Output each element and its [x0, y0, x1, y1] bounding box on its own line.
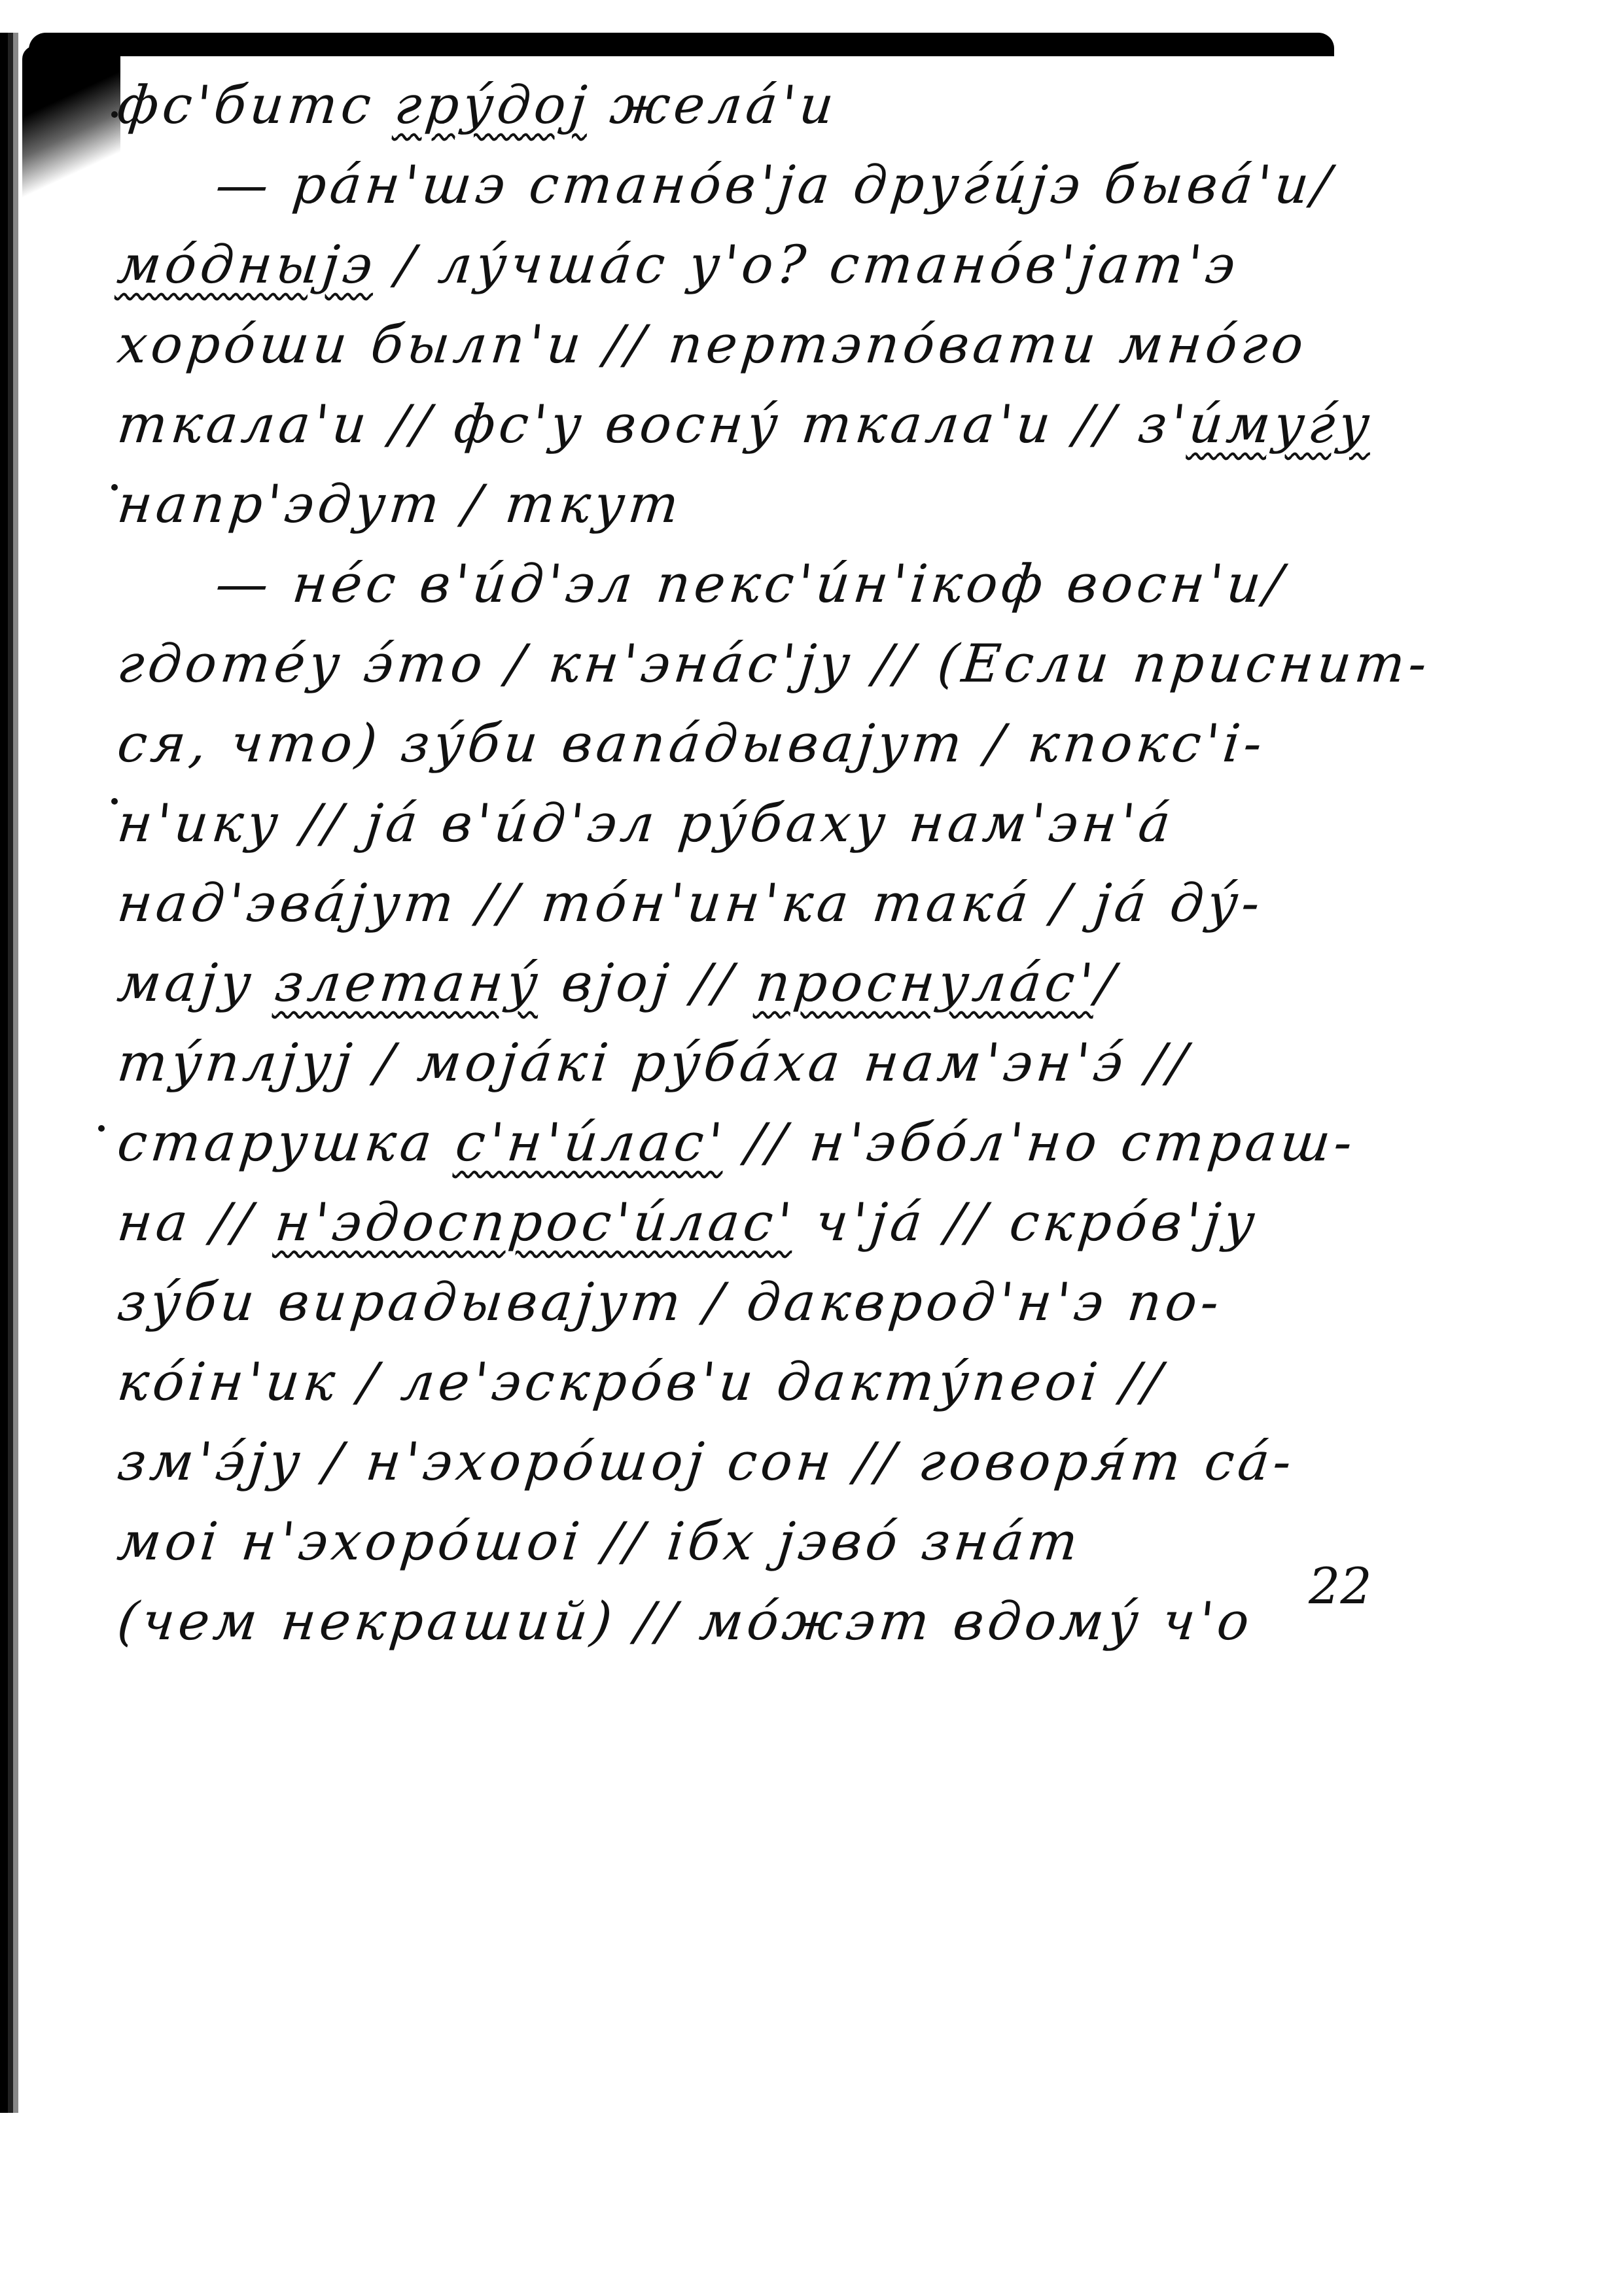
- page-number: 22: [1309, 1557, 1372, 1615]
- page-top-border: [29, 33, 1334, 56]
- manuscript-line-20: (чем некраший) // мо́жэт вдому́ ч'о: [114, 1582, 1385, 1661]
- margin-mark: [111, 798, 118, 805]
- manuscript-line-18: зм'э́ју / н'эхоро́шој сон // говоря́т са…: [114, 1422, 1385, 1502]
- margin-mark: [98, 1125, 105, 1132]
- manuscript-line-9: ся, что) зу́би вапа́дывајут / кпокс'і-: [114, 704, 1385, 784]
- manuscript-line-16: зу́би вирадывајут / дакврод'н'э по-: [114, 1262, 1385, 1342]
- manuscript-line-6: напр'эдут / ткут: [114, 464, 1385, 544]
- manuscript-line-4: хоро́ши былп'и // пертэпо́вати мно́го: [114, 305, 1385, 385]
- underlined-word: гру́дој: [392, 75, 593, 135]
- manuscript-line-11: над'эва́јут // то́н'ин'ка такá / ја́ ду́…: [114, 863, 1385, 943]
- underlined-word: с'н'и́лас': [453, 1112, 729, 1173]
- margin-mark: [111, 484, 118, 491]
- underlined-word: и́муѓу: [1186, 394, 1377, 455]
- underlined-word: злетану́: [272, 952, 544, 1013]
- scan-top-left-corner-shadow: [22, 46, 120, 203]
- scanned-manuscript-page: фс'битс гру́дој жела́'и — ра́н'шэ стано́…: [0, 0, 1607, 2296]
- manuscript-line-12: маjу злетану́ вјој // проснула́с'/: [114, 943, 1385, 1023]
- handwritten-text-body: фс'битс гру́дој жела́'и — ра́н'шэ стано́…: [118, 65, 1381, 1661]
- manuscript-line-8: гдоте́у э́то / кн'эна́с'ју // (Если прис…: [114, 624, 1385, 704]
- underlined-word: проснула́с': [753, 952, 1100, 1013]
- underlined-word: мо́дныјэ: [115, 234, 379, 295]
- manuscript-line-10: н'ику // ја́ в'и́д'эл ру́баху нам'эн'а́: [114, 784, 1385, 863]
- manuscript-line-13: ту́плјуј / мојáкі ру́бáха нам'эн'э́ //: [114, 1023, 1385, 1103]
- manuscript-line-19: моі н'эхоро́шоі // ібх јэво́ зна́т: [114, 1502, 1385, 1582]
- underlined-word: н'эдоспрос'и́лас': [272, 1192, 798, 1253]
- manuscript-line-14: старушка с'н'и́лас' // н'эбо́л'но страш-: [114, 1103, 1385, 1183]
- manuscript-line-3: мо́дныјэ / лу́чша́с у'о? стано́в'јат'э: [114, 225, 1385, 305]
- manuscript-line-2: — ра́н'шэ стано́в'ја друѓи́јэ быва́'и/: [114, 145, 1385, 225]
- manuscript-line-15: на // н'эдоспрос'и́лас' ч'ја́ // скро́в'…: [114, 1183, 1385, 1262]
- manuscript-line-17: ко́ін'ик / ле'эскро́в'и дакту́пеоі //: [114, 1342, 1385, 1422]
- manuscript-line-5: ткала'и // фс'у восну́ ткала'и // з'и́му…: [114, 385, 1385, 464]
- manuscript-line-7: — не́с в'и́д'эл пекс'и́н'ікоф восн'и/: [114, 544, 1385, 624]
- manuscript-line-1: фс'битс гру́дој жела́'и: [114, 65, 1385, 145]
- scan-left-edge: [0, 33, 22, 2113]
